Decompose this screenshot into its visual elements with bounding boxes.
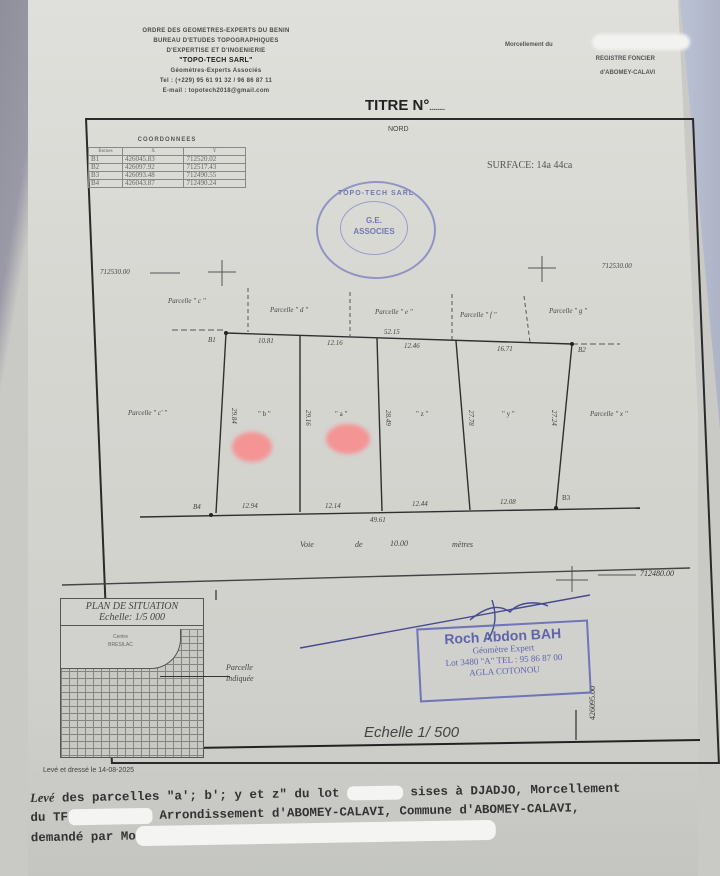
- borne-b3: B3: [562, 494, 570, 502]
- borne-b1: B1: [208, 336, 216, 344]
- parcel-indicated-line: Parcelle: [226, 662, 254, 673]
- top-dimension: 16.71: [497, 345, 513, 353]
- top-total: 52.15: [384, 328, 400, 336]
- description-text: des parcelles "a'; b'; y et z" du lot: [54, 786, 347, 805]
- road-voie: Voie: [300, 540, 314, 549]
- center-label: BRESILAC: [61, 641, 180, 649]
- parcel-label-f: Parcelle " f ": [460, 311, 497, 319]
- center-label: Centre: [61, 633, 180, 641]
- parcel-label-x: Parcelle " x ": [590, 410, 628, 418]
- situation-center: Centre BRESILAC: [61, 629, 181, 669]
- grid-y-label-bottom: 712480.00: [640, 569, 674, 578]
- lot-y: " y ": [502, 410, 515, 418]
- bottom-dimension: 12.94: [242, 502, 258, 510]
- top-dimension: 12.16: [327, 339, 343, 347]
- parcel-indicated-line: indiquée: [226, 673, 254, 684]
- redaction-mark: [232, 432, 272, 462]
- description-text: Levé: [30, 791, 55, 805]
- parcel-indicated-label: Parcelle indiquée: [226, 662, 254, 684]
- situation-pointer-line: [160, 676, 230, 677]
- side-dimension: 28.49: [384, 410, 392, 426]
- description-text: sises à DJADJO, Morcellement: [403, 782, 621, 800]
- side-dimension: 29.16: [304, 410, 312, 426]
- redaction: [347, 785, 403, 800]
- situation-title: PLAN DE SITUATION: [61, 601, 203, 612]
- parcel-label-c: Parcelle " c ": [168, 297, 206, 305]
- description-text: du TF: [30, 810, 68, 825]
- survey-date: Levé et dressé le 14-08-2025: [43, 767, 134, 774]
- situation-plan: PLAN DE SITUATION Echelle: 1/5 000 Centr…: [60, 598, 204, 758]
- survey-description: Levé des parcelles "a'; b'; y et z" du l…: [30, 777, 720, 848]
- redaction: [68, 808, 152, 825]
- plan-scale: Echelle 1/ 500: [364, 724, 459, 741]
- bottom-dimension: 12.14: [325, 502, 341, 510]
- lot-a: " a ": [335, 410, 347, 418]
- situation-header: PLAN DE SITUATION Echelle: 1/5 000: [61, 599, 203, 626]
- lot-b: " b ": [258, 410, 271, 418]
- redaction-mark: [326, 424, 370, 454]
- surveyor-stamp: Roch Abdon BAH Géomètre Expert Lot 3480 …: [416, 620, 592, 703]
- grid-y-label-left: 712530.00: [100, 268, 130, 276]
- side-dimension: 29.84: [230, 408, 238, 424]
- parcel-label-g: Parcelle " g ": [549, 307, 587, 315]
- bottom-dimension: 12.44: [412, 500, 428, 508]
- parcel-label-e: Parcelle " e ": [375, 308, 413, 316]
- situation-scale: Echelle: 1/5 000: [61, 612, 203, 623]
- road-de: de: [355, 540, 363, 549]
- bottom-total: 49.61: [370, 516, 386, 524]
- lot-z: " z ": [416, 410, 428, 418]
- road-unit: mètres: [452, 540, 473, 549]
- borne-b2: B2: [578, 346, 586, 354]
- bottom-dimension: 12.08: [500, 498, 516, 506]
- top-dimension: 10.81: [258, 337, 274, 345]
- road-width: 10.00: [390, 539, 408, 548]
- borne-b4: B4: [193, 503, 201, 511]
- top-dimension: 12.46: [404, 342, 420, 350]
- side-dimension: 27.78: [467, 410, 475, 426]
- description-text: demandé par Mo: [31, 829, 136, 845]
- parcel-label-c-prime: Parcelle " c' ": [128, 409, 167, 417]
- parcel-label-d: Parcelle " d ": [270, 306, 308, 314]
- side-dimension: 27.24: [550, 410, 558, 426]
- grid-y-label-right: 712530.00: [602, 262, 632, 270]
